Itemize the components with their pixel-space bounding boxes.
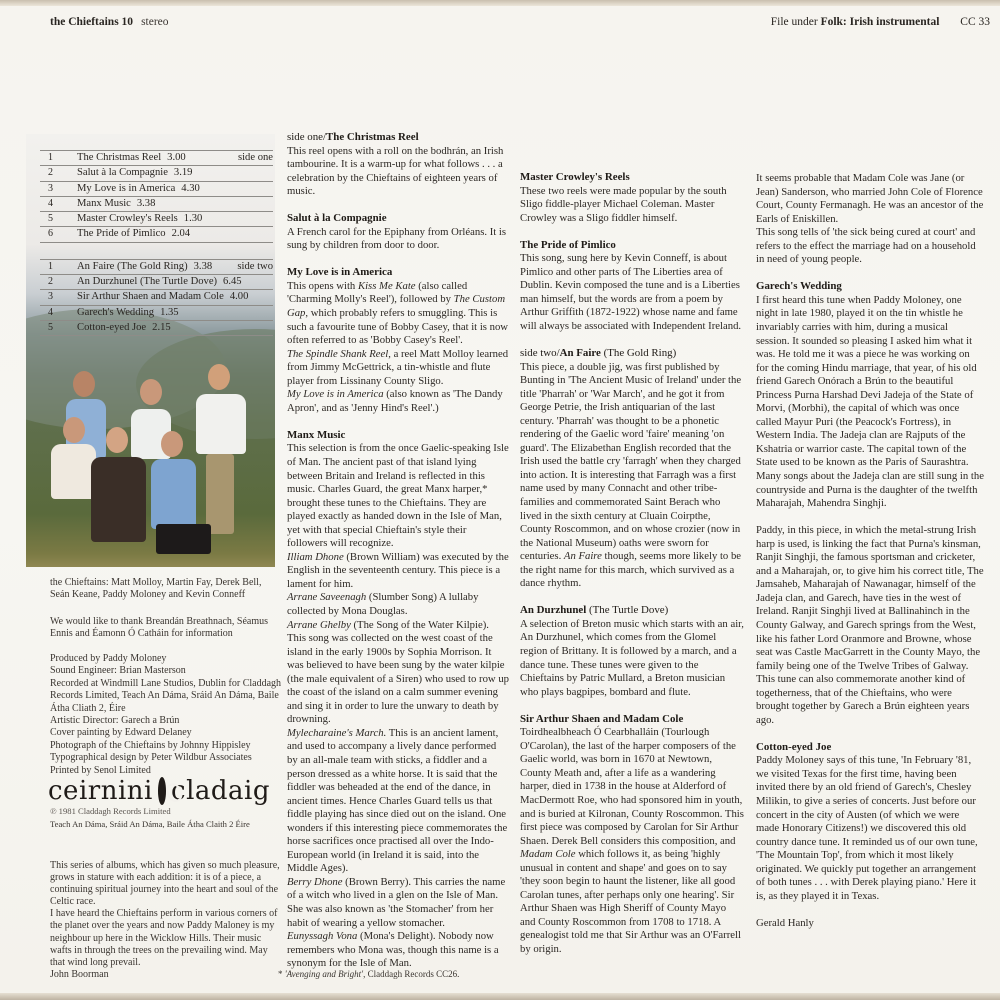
track-number: 2 [40,275,77,289]
track-row: 1An Faire (The Gold Ring)3.38side two [40,259,273,274]
track-duration: 1.35 [160,307,179,318]
track-duration: 2.04 [172,228,191,239]
note-body: Arrane Saveenagh (Slumber Song) A lullab… [287,591,509,618]
track-title: The Christmas Reel [77,152,161,163]
quote-paragraph: This series of albums, which has given s… [50,860,282,908]
notes-column-2: Master Crowley's Reels These two reels w… [520,131,744,957]
note-body: This song, sung here by Kevin Conneff, i… [520,252,744,333]
note-body: A French carol for the Epiphany from Orl… [287,226,509,253]
track-number: 2 [40,166,77,180]
track-title: Sir Arthur Shaen and Madam Cole [77,291,224,302]
track-row: 3Sir Arthur Shaen and Madam Cole4.00 [40,289,273,304]
credit-line: Produced by Paddy Moloney [50,653,282,665]
album-header: the Chieftains 10stereo [50,16,169,28]
side-label: side one [238,151,273,165]
label-address: Teach An Dáma, Sráid An Dáma, Baile Átha… [50,818,250,830]
note-title: An Durzhunel [520,604,586,616]
note-heading: side two/An Faire (The Gold Ring) [520,347,744,361]
credits: Produced by Paddy Moloney Sound Engineer… [50,653,282,777]
notes-column-1: side one/The Christmas Reel This reel op… [287,131,509,971]
track-title: Manx Music [77,198,131,209]
track-number: 3 [40,290,77,304]
notes-column-3: It seems probable that Madam Cole was Ja… [756,131,984,930]
side-two-tracks: 1An Faire (The Gold Ring)3.38side two 2A… [40,259,273,336]
track-duration: 3.00 [167,152,186,163]
track-duration: 2.15 [152,322,171,333]
format-label: stereo [141,16,168,28]
footnote-marker: * [278,969,285,979]
copyright-notice: ℗ 1981 Claddagh Records Limited [50,805,171,817]
track-title: Master Crowley's Reels [77,213,178,224]
quote-signature: John Boorman [50,969,109,981]
side-prefix: side two/ [520,347,560,359]
track-row: 1The Christmas Reel3.00side one [40,150,273,165]
track-row: 6The Pride of Pimlico2.04 [40,226,273,242]
note-heading: An Durzhunel (The Turtle Dove) [520,604,744,618]
side-one-tracks: 1The Christmas Reel3.00side one 2Salut à… [40,150,273,243]
note-heading: Master Crowley's Reels [520,171,744,185]
track-row: 2Salut à la Compagnie3.19 [40,165,273,180]
logo-text-left: ceirnini [48,776,153,806]
photo-caption: the Chieftains: Matt Molloy, Martin Fay,… [50,577,280,602]
album-title: the Chieftains 10 [50,16,133,28]
track-title: Salut à la Compagnie [77,167,168,178]
note-body: Illiam Dhone (Brown William) was execute… [287,551,509,592]
notes-author: Gerald Hanly [756,917,984,931]
credit-line: Sound Engineer: Brian Masterson [50,665,282,677]
track-duration: 6.45 [223,276,242,287]
track-number: 6 [40,227,77,241]
side-prefix: side one/ [287,131,326,143]
track-duration: 3.19 [174,167,193,178]
credit-line: Artistic Director: Garech a Brún [50,715,282,727]
side-label: side two [237,260,273,274]
note-body: Paddy Moloney says of this tune, 'In Feb… [756,754,984,903]
footnote: * 'Avenging and Bright', Claddagh Record… [278,969,459,979]
note-body: Paddy, in this piece, in which the metal… [756,524,984,727]
sleeve-quote: This series of albums, which has given s… [50,860,282,969]
note-body: This piece, a double jig, was first publ… [520,361,744,591]
filing-header: File under Folk: Irish instrumental CC 3… [771,16,990,28]
album-back-cover: the Chieftains 10stereo File under Folk:… [0,0,1000,1000]
note-body: A selection of Breton music which starts… [520,618,744,699]
note-body: This song tells of 'the sick being cured… [756,226,984,267]
note-body: This reel opens with a roll on the bodhr… [287,145,509,199]
note-title: An Faire [560,347,601,359]
track-number: 4 [40,197,77,211]
track-number: 3 [40,182,77,196]
track-row: 3My Love is in America4.30 [40,181,273,196]
track-title: An Durzhunel (The Turtle Dove) [77,276,217,287]
credit-line: Recorded at Windmill Lane Studios, Dubli… [50,678,282,715]
track-row: 4Manx Music3.38 [40,196,273,211]
note-body: It seems probable that Madam Cole was Ja… [756,172,984,226]
note-heading: Manx Music [287,429,509,443]
note-heading: Salut à la Compagnie [287,212,509,226]
track-duration: 4.00 [230,291,249,302]
note-body: These two reels were made popular by the… [520,185,744,226]
catalogue-number: CC 33 [960,16,990,28]
note-heading: My Love is in America [287,266,509,280]
note-body: This opens with Kiss Me Kate (also calle… [287,280,509,348]
page-edge-bottom [0,993,1000,1000]
credit-line: Cover painting by Edward Delaney [50,727,282,739]
note-title: The Christmas Reel [326,131,419,143]
file-under-category: Folk: Irish instrumental [821,16,940,28]
track-title: My Love is in America [77,183,175,194]
file-under-prefix: File under [771,16,818,28]
page-edge-top [0,0,1000,6]
track-title: Garech's Wedding [77,307,154,318]
track-number: 1 [40,151,77,165]
track-title: Cotton-eyed Joe [77,322,146,333]
note-body: Berry Dhone (Brown Berry). This carries … [287,876,509,930]
note-body: The Spindle Shank Reel, a reel Matt Moll… [287,348,509,389]
track-row: 5Master Crowley's Reels1.30 [40,211,273,226]
note-heading: The Pride of Pimlico [520,239,744,253]
track-number: 5 [40,321,77,335]
track-row: 5Cotton-eyed Joe2.15 [40,320,273,336]
note-subtitle: (The Turtle Dove) [586,604,668,616]
tracklist: 1The Christmas Reel3.00side one 2Salut à… [40,150,273,352]
track-duration: 4.30 [181,183,200,194]
note-heading: Sir Arthur Shaen and Madam Cole [520,713,744,727]
track-number: 5 [40,212,77,226]
note-subtitle: (The Gold Ring) [601,347,676,359]
note-heading: Garech's Wedding [756,280,984,294]
claddagh-records-logo: ceirnini cladaig [48,776,270,806]
credit-line: Photograph of the Chieftains by Johnny H… [50,740,282,752]
note-body: My Love is in America (also known as 'Th… [287,388,509,415]
track-duration: 1.30 [184,213,203,224]
track-duration: 3.38 [194,261,213,272]
note-body: Mylecharaine's March. This is an ancient… [287,727,509,876]
note-body: Arrane Ghelby (The Song of the Water Kil… [287,619,509,727]
track-number: 4 [40,306,77,320]
logo-text-right: cladaig [171,776,270,806]
acknowledgements: We would like to thank Breandán Breathna… [50,616,282,641]
track-number: 1 [40,260,77,274]
track-row: 2An Durzhunel (The Turtle Dove)6.45 [40,274,273,289]
track-title: An Faire (The Gold Ring) [77,261,188,272]
credit-line: Typographical design by Peter Wildbur As… [50,752,282,764]
harp-emblem-icon [158,777,166,805]
note-body: I first heard this tune when Paddy Molon… [756,294,984,511]
track-row: 4Garech's Wedding1.35 [40,305,273,320]
track-duration: 3.38 [137,198,156,209]
footnote-title: 'Avenging and Bright' [285,969,363,979]
footnote-text: , Claddagh Records CC26. [363,969,459,979]
band-members-figure [46,359,261,559]
note-heading: side one/The Christmas Reel [287,131,509,145]
note-body: Toirdhealbheach Ó Cearbhalláin (Tourloug… [520,726,744,956]
note-heading: Cotton-eyed Joe [756,741,984,755]
note-body: This selection is from the once Gaelic-s… [287,442,509,550]
note-body: Eunyssagh Vona (Mona's Delight). Nobody … [287,930,509,971]
band-photo: 1The Christmas Reel3.00side one 2Salut à… [26,134,275,567]
quote-paragraph: I have heard the Chieftains perform in v… [50,908,282,968]
track-title: The Pride of Pimlico [77,228,166,239]
